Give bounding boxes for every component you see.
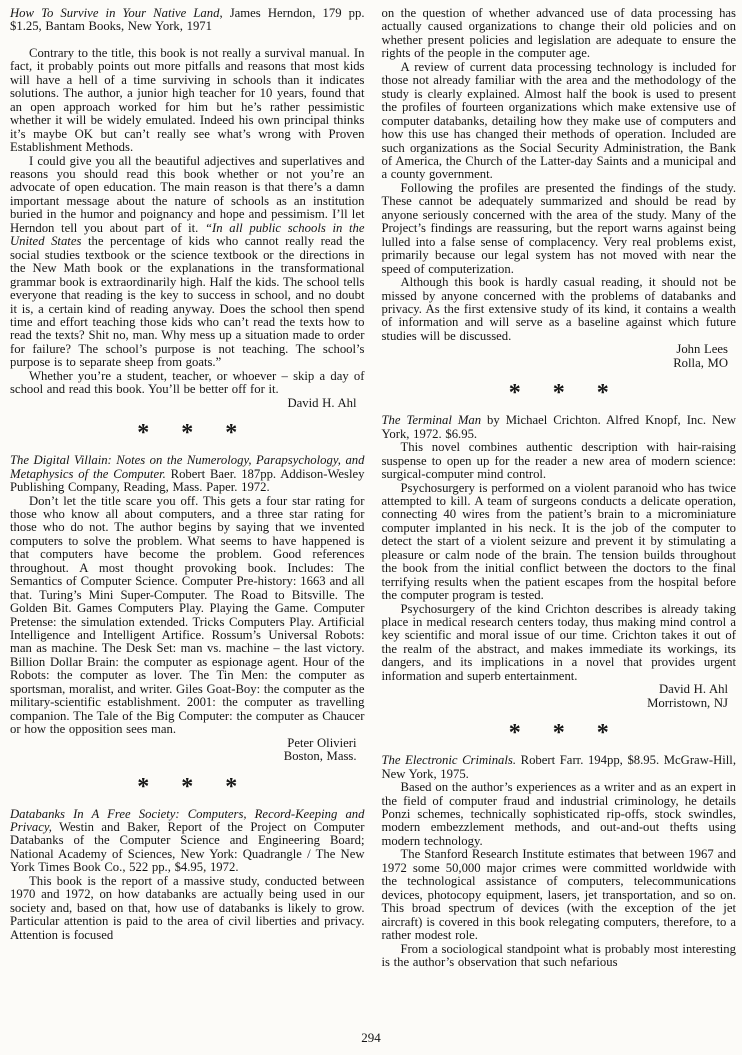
review-paragraph: Although this book is hardly casual read… xyxy=(382,276,737,343)
review-paragraph: Don’t let the title scare you off. This … xyxy=(10,495,365,737)
review-paragraph: I could give you all the beautiful adjec… xyxy=(10,155,365,370)
review-paragraph: Based on the author’s experiences as a w… xyxy=(382,781,737,848)
left-column: How To Survive in Your Native Land, Jame… xyxy=(10,7,365,969)
body-text: This book is the report of a massive stu… xyxy=(10,874,365,942)
reviewer-signature: John LeesRolla, MO xyxy=(382,343,737,370)
review-paragraph: Whether you’re a student, teacher, or wh… xyxy=(10,370,365,397)
italic-text: The Terminal Man xyxy=(382,413,482,427)
asterisk-icon: * xyxy=(225,420,237,446)
body-text: Whether you’re a student, teacher, or wh… xyxy=(10,369,365,396)
body-text: A review of current data processing tech… xyxy=(382,60,737,182)
asterisk-icon: * xyxy=(509,720,521,746)
signature-line: David H. Ahl xyxy=(382,683,729,696)
italic-text: How To Survive in Your Native Land xyxy=(10,6,219,20)
review-paragraph: Psychosurgery is performed on a violent … xyxy=(382,482,737,603)
review-paragraph: Psychosurgery of the kind Crichton descr… xyxy=(382,603,737,684)
review-paragraph: This book is the report of a massive stu… xyxy=(10,875,365,942)
book-citation: How To Survive in Your Native Land, Jame… xyxy=(10,7,365,34)
review-paragraph: Following the profiles are presented the… xyxy=(382,182,737,276)
magazine-page: How To Survive in Your Native Land, Jame… xyxy=(0,0,742,1055)
asterisk-icon: * xyxy=(553,720,565,746)
review-paragraph: A review of current data processing tech… xyxy=(382,61,737,182)
body-text: Psychosurgery is performed on a violent … xyxy=(382,481,737,603)
review-paragraph: on the question of whether advanced use … xyxy=(382,7,737,61)
body-text: Psychosurgery of the kind Crichton descr… xyxy=(382,602,737,683)
section-separator: *** xyxy=(10,764,365,808)
asterisk-icon: * xyxy=(181,420,193,446)
section-separator: *** xyxy=(10,410,365,454)
asterisk-icon: * xyxy=(137,420,149,446)
asterisk-icon: * xyxy=(225,774,237,800)
asterisk-icon: * xyxy=(553,380,565,406)
section-separator: *** xyxy=(382,710,737,754)
book-citation: Databanks In A Free Society: Computers, … xyxy=(10,808,365,875)
body-text: Contrary to the title, this book is not … xyxy=(10,46,365,154)
italic-text: The Electronic Criminals. xyxy=(382,753,517,767)
book-citation: The Terminal Man by Michael Crichton. Al… xyxy=(382,414,737,441)
review-paragraph: Contrary to the title, this book is not … xyxy=(10,47,365,155)
signature-line: Peter Olivieri xyxy=(10,737,357,750)
signature-line: John Lees xyxy=(382,343,729,356)
body-text: Based on the author’s experiences as a w… xyxy=(382,780,737,848)
section-separator: *** xyxy=(382,370,737,414)
reviewer-signature: David H. Ahl xyxy=(10,397,365,410)
reviewer-signature: David H. AhlMorristown, NJ xyxy=(382,683,737,710)
body-text: Westin and Baker, Report of the Project … xyxy=(10,820,365,874)
asterisk-icon: * xyxy=(597,380,609,406)
review-paragraph: This novel combines authentic descriptio… xyxy=(382,441,737,481)
page-number: 294 xyxy=(0,1030,742,1046)
body-text: Don’t let the title scare you off. This … xyxy=(10,494,365,737)
asterisk-icon: * xyxy=(597,720,609,746)
body-text: Following the profiles are presented the… xyxy=(382,181,737,276)
body-text: The Stanford Research Institute estimate… xyxy=(382,847,737,942)
signature-line: David H. Ahl xyxy=(10,397,357,410)
asterisk-icon: * xyxy=(181,774,193,800)
signature-line: Morristown, NJ xyxy=(382,697,729,710)
body-text: Although this book is hardly casual read… xyxy=(382,275,737,343)
body-text: From a sociological standpoint what is p… xyxy=(382,942,737,969)
signature-line: Rolla, MO xyxy=(382,357,729,370)
asterisk-icon: * xyxy=(137,774,149,800)
body-text: This novel combines authentic descriptio… xyxy=(382,440,737,481)
asterisk-icon: * xyxy=(509,380,521,406)
book-citation: The Digital Villain: Notes on the Numero… xyxy=(10,454,365,494)
body-text: on the question of whether advanced use … xyxy=(382,6,737,60)
two-column-text: How To Survive in Your Native Land, Jame… xyxy=(10,7,736,969)
review-paragraph: The Stanford Research Institute estimate… xyxy=(382,848,737,942)
right-column: on the question of whether advanced use … xyxy=(382,7,737,969)
book-citation: The Electronic Criminals. Robert Farr. 1… xyxy=(382,754,737,781)
reviewer-signature: Peter OlivieriBoston, Mass. xyxy=(10,737,365,764)
signature-line: Boston, Mass. xyxy=(10,750,357,763)
body-text: the percentage of kids who cannot really… xyxy=(10,234,365,369)
review-paragraph: From a sociological standpoint what is p… xyxy=(382,943,737,970)
